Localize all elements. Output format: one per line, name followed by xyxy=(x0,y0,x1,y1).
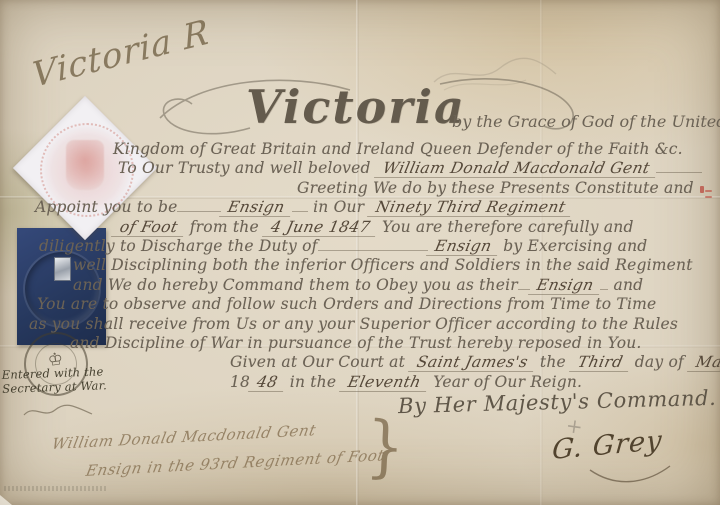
commission-document: Victoria R ♔ Entered with the Secretary … xyxy=(0,0,720,505)
blank-rule xyxy=(292,198,308,212)
document-title: Victoria xyxy=(246,80,466,134)
body-line: Greeting We do by these Presents Constit… xyxy=(297,179,719,198)
handwritten-entry: Saint James's xyxy=(408,353,537,372)
handwritten-entry: 4 June 1847 xyxy=(262,218,379,237)
printed-text: day of xyxy=(630,353,689,371)
printed-text: and xyxy=(608,276,643,294)
endorsement-rank: Ensign in the 93rd Regiment of Foot xyxy=(84,446,386,480)
printed-text: and We do hereby Command them to Obey yo… xyxy=(73,276,518,294)
printed-text: by Exercising and xyxy=(498,237,647,255)
blank-rule xyxy=(177,198,221,212)
body-line: Kingdom of Great Britain and Ireland Que… xyxy=(113,140,719,159)
handwritten-entry: 48 xyxy=(248,373,287,392)
printed-text: Kingdom of Great Britain and Ireland Que… xyxy=(113,140,683,158)
handwritten-entry: of Foot xyxy=(111,218,187,237)
printed-text: Greeting We do by these Presents Constit… xyxy=(297,179,694,197)
handwritten-entry: Ensign xyxy=(426,237,501,256)
clerk-signature xyxy=(22,402,96,422)
body-line: You are to observe and follow such Order… xyxy=(37,295,719,314)
body-line: and We do hereby Command them to Obey yo… xyxy=(73,276,719,295)
signature-flourish xyxy=(586,462,676,488)
handwritten-entry: May xyxy=(687,353,720,372)
printer-imprint xyxy=(4,486,108,491)
printed-text: and Discipline of War in pursuance of th… xyxy=(70,334,642,352)
printed-text: well Disciplining both the inferior Offi… xyxy=(73,256,693,274)
body-lines: Kingdom of Great Britain and Ireland Que… xyxy=(25,140,719,392)
printed-text: Given at Our Court at xyxy=(230,353,410,371)
red-ink-marks xyxy=(705,190,713,204)
printed-text: To Our Trusty and well beloved xyxy=(118,159,376,177)
body-line: Appoint you to beEnsign in Our Ninety Th… xyxy=(35,198,719,217)
body-line: and Discipline of War in pursuance of th… xyxy=(70,334,719,353)
printed-text: 18 xyxy=(230,373,250,391)
body-line: well Disciplining both the inferior Offi… xyxy=(73,256,719,275)
handwritten-entry: Third xyxy=(569,353,632,372)
printed-text: the xyxy=(535,353,571,371)
printed-text: You are to observe and follow such Order… xyxy=(37,295,656,313)
blank-rule xyxy=(656,159,702,173)
paper-corner-chip xyxy=(0,495,12,505)
body-line: as you shall receive from Us or any your… xyxy=(29,315,719,334)
body-line: diligently to Discharge the Duty ofEnsig… xyxy=(39,237,719,256)
handwritten-entry: Ensign xyxy=(219,198,294,217)
endorsement-name: William Donald Macdonald Gent xyxy=(50,421,317,453)
handwritten-entry: Eleventh xyxy=(339,373,430,392)
blank-rule xyxy=(318,237,428,251)
printed-text: You are therefore carefully and xyxy=(377,218,634,236)
body-line: To Our Trusty and well beloved William D… xyxy=(118,159,719,178)
handwritten-entry: William Donald Macdonald Gent xyxy=(374,159,659,178)
printed-text: from the xyxy=(185,218,264,236)
printed-text: as you shall receive from Us or any your… xyxy=(29,315,678,333)
blank-rule xyxy=(518,276,530,290)
title-continuation: by the Grace of God of the United xyxy=(452,112,720,131)
handwritten-entry: Ninety Third Regiment xyxy=(367,198,574,217)
printed-text: in Our xyxy=(308,198,369,216)
brace-icon: } xyxy=(364,407,406,488)
red-ink-mark xyxy=(700,186,704,193)
printed-text: Year of Our Reign. xyxy=(428,373,582,391)
body-line: of Foot from the 4 June 1847 You are the… xyxy=(113,218,719,237)
printed-text: Appoint you to be xyxy=(35,198,177,216)
handwritten-entry: Ensign xyxy=(528,276,603,295)
body-line: Given at Our Court at Saint James's the … xyxy=(230,353,719,372)
printed-text: in the xyxy=(285,373,342,391)
printed-text: diligently to Discharge the Duty of xyxy=(39,237,318,255)
